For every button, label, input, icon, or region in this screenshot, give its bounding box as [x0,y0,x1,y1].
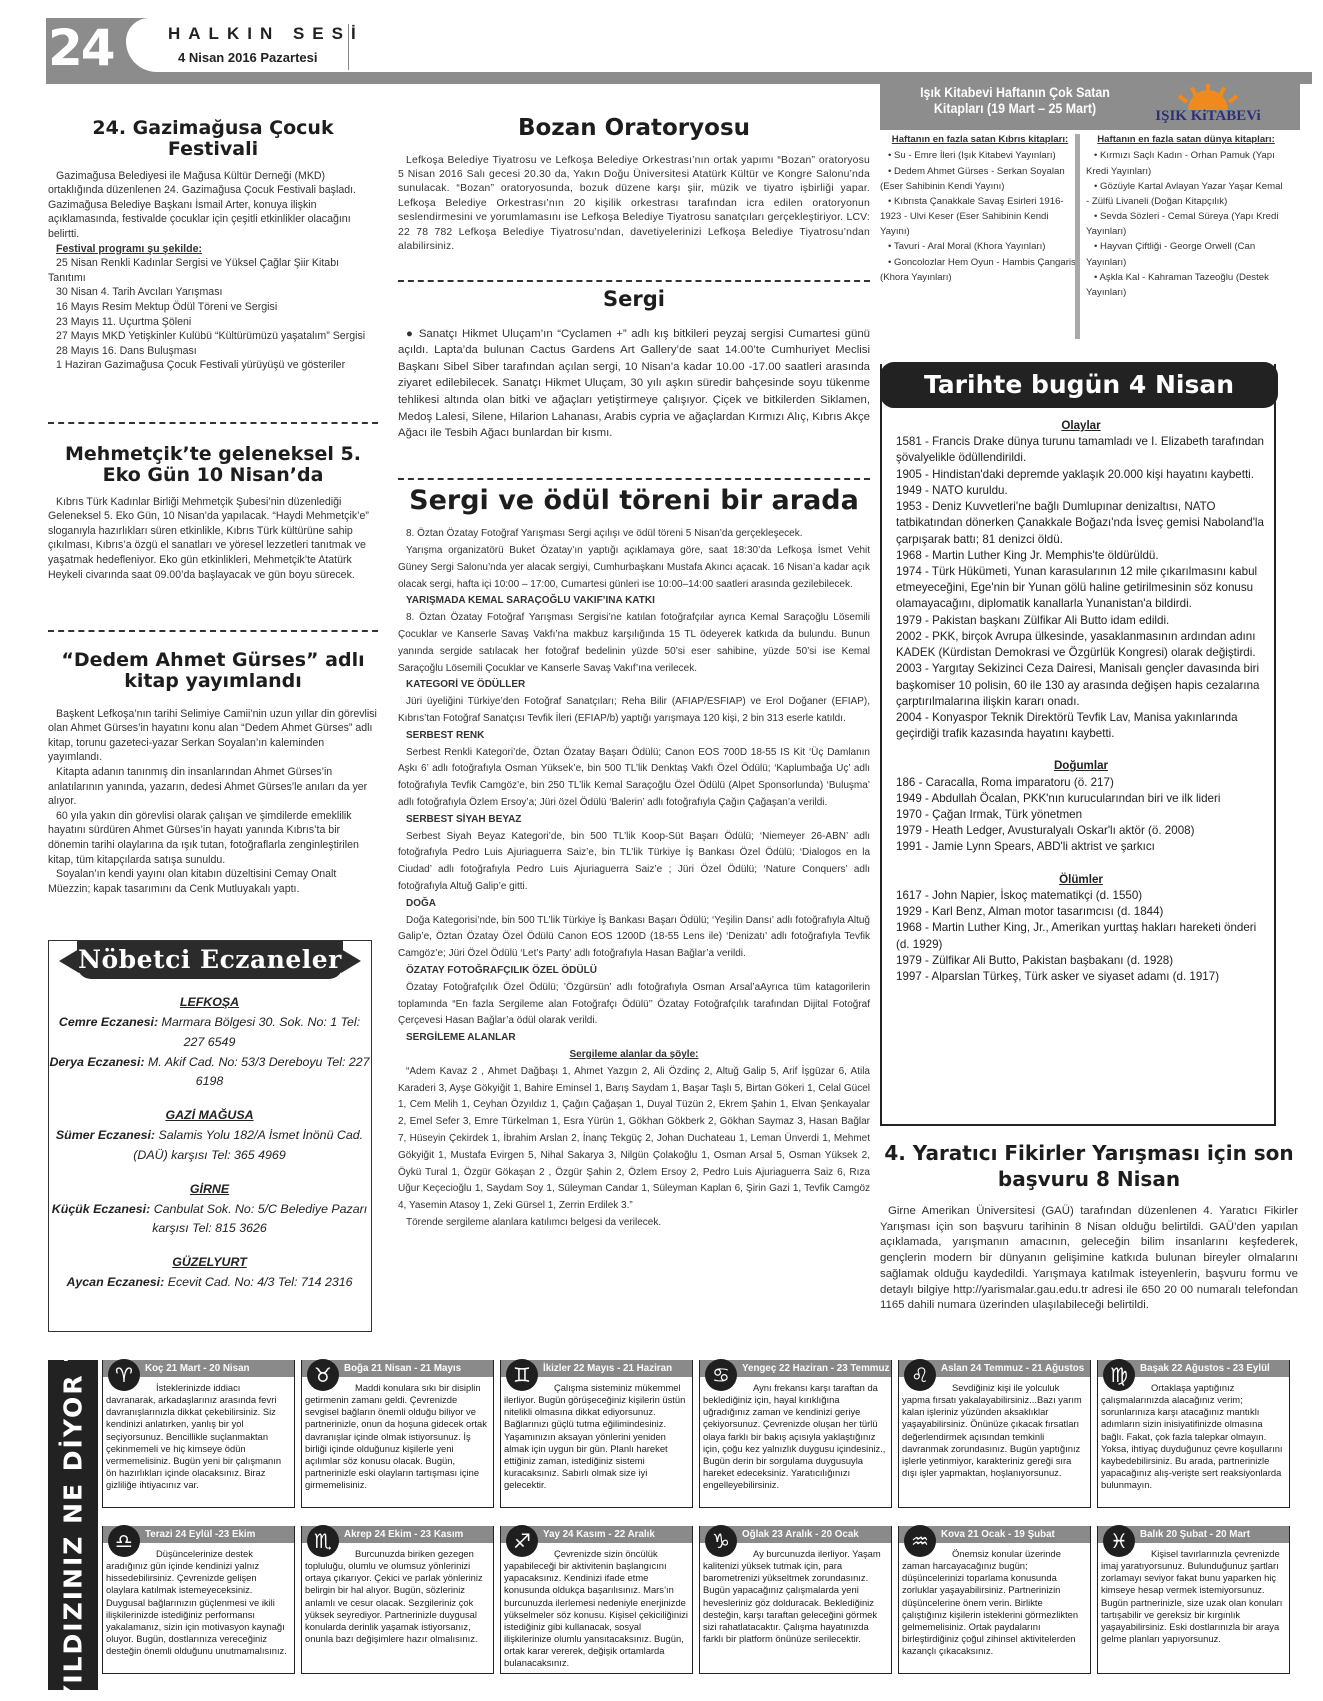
history-event: 2003 - Yargıtay Sekizinci Ceza Dairesi, … [896,661,1266,710]
history-event: 1974 - Türk Hükümeti, Yunan karasularını… [896,564,1266,613]
horoscope-card: Oğlak 23 Aralık - 20 Ocak♑Ay burcunuzda … [699,1526,892,1674]
odul-body: 8. Öztan Özatay Fotoğraf Yarışması Sergi… [398,526,870,1231]
history-event: 1968 - Martin Luther King Jr. Memphis'te… [896,548,1266,564]
history-event: 1905 - Hindistan'daki depremde yaklaşık … [896,467,1266,483]
bestseller-box: Işık Kitabevi Haftanın Çok Satan Kitapla… [880,82,1300,344]
odul-paragraph: Doğa Kategorisi’nde, bin 500 TL’lik Türk… [398,913,870,963]
births-title: Doğumlar [896,758,1266,774]
history-event: 1581 - Francis Drake dünya turunu tamaml… [896,434,1266,466]
pharmacy-region: GİRNE [49,1180,370,1200]
masthead-divider [348,24,349,70]
pharmacy-address: Canbulat Sok. No: 5/C Belediye Pazarı ka… [152,1202,367,1236]
odul-headline: Sergi ve ödül töreni bir arada [398,486,870,516]
book-item: Gözüyle Kartal Avlayan Yazar Yaşar Kemal… [1086,179,1286,209]
pharmacy-entry: Derya Eczanesi: M. Akif Cad. No: 53/3 De… [49,1053,370,1093]
program-item: 23 Mayıs 11. Uçurtma Şöleni [48,315,378,330]
dunya-books-title: Haftanın en fazla satan dünya kitapları: [1086,134,1286,146]
history-event: 2004 - Konyaspor Teknik Direktörü Tevfik… [896,710,1266,742]
page-number: 24 [48,20,114,76]
dunya-books: Haftanın en fazla satan dünya kitapları:… [1086,134,1286,300]
gau-paragraph: Girne Amerikan Üniversitesi (GAÜ) tarafı… [880,1204,1298,1314]
bestseller-title: Işık Kitabevi Haftanın Çok Satan Kitapla… [900,85,1130,117]
dedem-body: Başkent Lefkoşa’nın tarihi Selimiye Cami… [48,707,378,897]
odul-paragraph: Özatay Fotoğrafçılık Özel Ödülü; ’Özgürs… [398,980,870,1030]
book-item: Sevda Sözleri - Cemal Süreya (Yapı Kredi… [1086,209,1286,239]
horoscope-card: Terazi 24 Eylül -23 Ekim♎Düşüncelerinize… [102,1526,295,1674]
pharmacy-region: LEFKOŞA [49,993,370,1013]
pharmacy-entry: Aycan Eczanesi: Ecevit Cad. No: 4/3 Tel:… [49,1273,370,1293]
bookstore-logo-text: IŞIK KiTABEVi [1148,108,1268,125]
column-divider [1075,134,1080,339]
pharmacy-address: Ecevit Cad. No: 4/3 Tel: 714 2316 [168,1275,353,1289]
history-death: 1979 - Zülfikar Ali Butto, Pakistan başb… [896,953,1266,969]
horoscope-text: Ay burcunuzda ilerliyor. Yaşam kaliteniz… [703,1548,889,1645]
dedem-paragraph: Soyalan’ın kendi yayını olan kitabın düz… [48,867,378,896]
odul-subheading: ÖZATAY FOTOĞRAFÇILIK ÖZEL ÖDÜLÜ [398,963,870,980]
sergi-headline: Sergi [398,288,870,312]
pharmacy-name: Sümer Eczanesi: [56,1128,155,1142]
pharmacy-banner: Nöbetci Eczaneler [55,941,365,981]
horoscope-text: Maddi konulara sıkı bir disiplin getirme… [305,1382,491,1491]
article-dedem: “Dedem Ahmet Gürses” adlı kitap yayımlan… [48,650,378,896]
odul-subheading: YARIŞMADA KEMAL SARAÇOĞLU VAKIF’INA KATK… [398,593,870,610]
odul-paragraph: 8. Öztan Özatay Fotoğraf Yarışması Sergi… [398,610,870,677]
odul-subheading: KATEGORİ VE ÖDÜLLER [398,677,870,694]
pharmacy-name: Küçük Eczanesi: [52,1202,150,1216]
book-item: Su - Emre İleri (Işık Kitabevi Yayınları… [880,148,1080,163]
odul-paragraph: Serbest Renkli Kategori’de, Öztan Özatay… [398,745,870,812]
masthead: 24 HALKIN SESİ 4 Nisan 2016 Pazartesi [46,18,1312,86]
history-birth: 1949 - Abdullah Öcalan, PKK'nın kurucula… [896,791,1266,807]
history-birth: 1991 - Jamie Lynn Spears, ABD'li aktrist… [896,839,1266,855]
sergi-body: ● Sanatçı Hikmet Uluçam’ın “Cyclamen +” … [398,326,870,442]
horoscope-card: Akrep 24 Ekim - 23 Kasım♏Burcunuzda biri… [301,1526,494,1674]
article-sergi: Sergi ● Sanatçı Hikmet Uluçam’ın “Cyclam… [398,288,870,442]
program-item: 1 Haziran Gazimağusa Çocuk Festivali yür… [48,358,378,373]
deaths-title: Ölümler [896,872,1266,888]
gau-headline: 4. Yaratıcı Fikirler Yarışması için son … [880,1140,1298,1192]
article-bozan: Bozan Oratoryosu Lefkoşa Belediye Tiyatr… [398,116,870,254]
festival-headline: 24. Gazimağusa Çocuk Festivali [48,118,378,161]
book-item: Dedem Ahmet Gürses - Serkan Soyalan (Ese… [880,164,1080,194]
pharmacy-region: GÜZELYURT [49,1253,370,1273]
pharmacy-name: Cemre Eczanesi: [59,1015,158,1029]
article-festival: 24. Gazimağusa Çocuk Festivali Gazimağus… [48,118,378,373]
article-odul: Sergi ve ödül töreni bir arada 8. Öztan … [398,486,870,1232]
bookstore-logo: IŞIK KiTABEVi [1148,84,1268,128]
divider [48,630,378,632]
dedem-headline: “Dedem Ahmet Gürses” adlı kitap yayımlan… [48,650,378,693]
divider [48,422,378,424]
horoscope-card: Başak 22 Ağustos - 23 Eylül♍Ortaklaşa ya… [1097,1360,1290,1508]
odul-subheading: SERBEST SİYAH BEYAZ [398,812,870,829]
festival-body: Gazimağusa Belediyesi ile Mağusa Kültür … [48,169,378,374]
pharmacy-box: Nöbetci Eczaneler LEFKOŞA Cemre Eczanesi… [48,940,372,1332]
history-header: Tarihte bugün 4 Nisan [880,362,1278,408]
ekogun-headline: Mehmetçik’te geleneksel 5. Eko Gün 10 Ni… [48,444,378,487]
bestseller-header: Işık Kitabevi Haftanın Çok Satan Kitapla… [880,82,1300,130]
festival-program-title: Festival programı şu şekilde: [48,242,378,257]
history-body: Olaylar 1581 - Francis Drake dünya turun… [896,418,1266,985]
pharmacy-address: M. Akif Cad. No: 53/3 Dereboyu Tel: 227 … [148,1055,370,1089]
horoscope-card: Balık 20 Şubat - 20 Mart♓Kişisel tavırla… [1097,1526,1290,1674]
horoscope-section: YILDIZINIZ NE DİYOR ? Koç 21 Mart - 20 N… [48,1360,1300,1690]
horoscope-text: Aynı frekansı karşı taraftan da beklediğ… [703,1382,889,1491]
odul-subheading: SERBEST RENK [398,728,870,745]
pharmacy-entry: Sümer Eczanesi: Salamis Yolu 182/A İsmet… [49,1126,370,1166]
book-item: Hayvan Çiftliği - George Orwell (Can Yay… [1086,239,1286,269]
issue-date: 4 Nisan 2016 Pazartesi [178,50,317,65]
history-event: 1949 - NATO kuruldu. [896,483,1266,499]
horoscope-title: YILDIZINIZ NE DİYOR ? [59,1346,88,1701]
divider [398,280,870,282]
pharmacy-name: Derya Eczanesi: [49,1055,144,1069]
deaths-list: 1617 - John Napier, İskoç matematikçi (d… [896,888,1266,985]
odul-paragraph: 8. Öztan Özatay Fotoğraf Yarışması Sergi… [398,526,870,543]
history-death: 1997 - Alparslan Türkeş, Türk asker ve s… [896,969,1266,985]
sergi-paragraph: ● Sanatçı Hikmet Uluçam’ın “Cyclamen +” … [398,326,870,442]
history-event: 1979 - Pakistan başkanı Zülfikar Ali But… [896,613,1266,629]
program-item: 16 Mayıs Resim Mektup Ödül Töreni ve Ser… [48,300,378,315]
history-title: Tarihte bugün 4 Nisan [880,362,1278,408]
pharmacy-address: Marmara Bölgesi 30. Sok. No: 1 Tel: 227 … [162,1015,361,1049]
kibris-books-title: Haftanın en fazla satan Kıbrıs kitapları… [880,134,1080,146]
article-ekogun: Mehmetçik’te geleneksel 5. Eko Gün 10 Ni… [48,444,378,582]
history-birth: 186 - Caracalla, Roma imparatoru (ö. 217… [896,775,1266,791]
horoscope-text: Düşüncelerinize destek aradığınız gün iç… [106,1548,292,1657]
births-list: 186 - Caracalla, Roma imparatoru (ö. 217… [896,775,1266,856]
odul-paragraph: Jüri üyeliğini Türkiye’den Fotoğraf Sana… [398,694,870,728]
history-birth: 1970 - Çağan Irmak, Türk yönetmen [896,807,1266,823]
sun-icon [1148,84,1268,110]
dedem-paragraph: 60 yıla yakın din görevlisi olarak çalış… [48,809,378,867]
pharmacy-name: Aycan Eczanesi: [66,1275,164,1289]
odul-paragraph: Serbest Siyah Beyaz Kategori’de, bin 500… [398,829,870,896]
ekogun-body: Kıbrıs Türk Kadınlar Birliği Mehmetçik Ş… [48,495,378,583]
book-item: Kıbrısta Çanakkale Savaş Esirleri 1916-1… [880,194,1080,239]
history-event: 2002 - PKK, birçok Avrupa ülkesinde, yas… [896,629,1266,661]
horoscope-text: Önemsiz konular üzerinde zaman harcayaca… [902,1548,1088,1657]
pharmacy-entry: Cemre Eczanesi: Marmara Bölgesi 30. Sok.… [49,1013,370,1053]
program-item: 28 Mayıs 16. Dans Buluşması [48,344,378,359]
gau-body: Girne Amerikan Üniversitesi (GAÜ) tarafı… [880,1204,1298,1314]
newspaper-title: HALKIN SESİ [168,24,364,44]
odul-paragraph: Yarışma organizatörü Buket Özatay’ın yap… [398,543,870,593]
odul-paragraph: Törende sergileme alanlara katılımcı bel… [398,1215,870,1232]
history-birth: 1979 - Heath Ledger, Avusturalyalı Oskar… [896,823,1266,839]
history-death: 1968 - Martin Luther King, Jr., Amerikan… [896,920,1266,952]
odul-subheading: SERGİLEME ALANLAR [398,1030,870,1047]
odul-subheading: DOĞA [398,896,870,913]
program-item: 30 Nisan 4. Tarih Avcıları Yarışması [48,285,378,300]
events-list: 1581 - Francis Drake dünya turunu tamaml… [896,434,1266,742]
history-event: 1953 - Deniz Kuvvetleri'ne bağlı Dumlupı… [896,499,1266,548]
bozan-headline: Bozan Oratoryosu [398,116,870,142]
dedem-paragraph: Başkent Lefkoşa’nın tarihi Selimiye Cami… [48,707,378,765]
history-box: Tarihte bugün 4 Nisan Olaylar 1581 - Fra… [880,364,1276,1126]
horoscope-card: Yay 24 Kasım - 22 Aralık♐Çevrenizde sizi… [500,1526,693,1674]
horoscope-text: Kişisel tavırlarınızla çevrenizde imaj y… [1101,1548,1287,1645]
horoscope-card: İkizler 22 Mayıs - 21 Haziran♊Çalışma si… [500,1360,693,1508]
book-item: Tavuri - Aral Moral (Khora Yayınları) [880,239,1080,254]
horoscope-text: Ortaklaşa yaptığınız çalışmalarınızda al… [1101,1382,1287,1491]
horoscope-text: Çevrenizde sizin öncülük yapabileceği bi… [504,1548,690,1669]
pharmacy-region: GAZİ MAĞUSA [49,1106,370,1126]
horoscope-card: Aslan 24 Temmuz - 21 Ağustos♌Sevdiğiniz … [898,1360,1091,1508]
history-death: 1929 - Karl Benz, Alman motor tasarımcıs… [896,904,1266,920]
dedem-paragraph: Kitapta adanın tanınmış din insanlarında… [48,765,378,809]
horoscope-card: Koç 21 Mart - 20 Nisan♈İsteklerinizde id… [102,1360,295,1508]
ekogun-paragraph: Kıbrıs Türk Kadınlar Birliği Mehmetçik Ş… [48,495,378,583]
horoscope-text: Burcunuzda biriken gezegen topluluğu, ol… [305,1548,491,1645]
horoscope-text: Çalışma sisteminiz mükemmel ilerliyor. B… [504,1382,690,1491]
kibris-books: Haftanın en fazla satan Kıbrıs kitapları… [880,134,1080,285]
horoscope-text: Sevdiğiniz kişi ile yolculuk yapma fırsa… [902,1382,1088,1479]
bozan-paragraph: Lefkoşa Belediye Tiyatrosu ve Lefkoşa Be… [398,154,870,255]
horoscope-card: Kova 21 Ocak - 19 Şubat♒Önemsiz konular … [898,1526,1091,1674]
odul-paragraph: “Adem Kavaz 2 , Ahmet Dağbaşı 1, Ahmet Y… [398,1064,870,1215]
horoscope-text: İsteklerinizde iddiacı davranarak, arkad… [106,1382,292,1491]
book-item: Kırmızı Saçlı Kadın - Orhan Pamuk (Yapı … [1086,148,1286,178]
events-title: Olaylar [896,418,1266,434]
history-death: 1617 - John Napier, İskoç matematikçi (d… [896,888,1266,904]
pharmacy-list: LEFKOŞA Cemre Eczanesi: Marmara Bölgesi … [49,993,370,1293]
horoscope-card: Boğa 21 Nisan - 21 Mayıs♉Maddi konulara … [301,1360,494,1508]
program-item: 27 Mayıs MKD Yetişkinler Kulübü “Kültürü… [48,329,378,344]
program-item: 25 Nisan Renkli Kadınlar Sergisi ve Yüks… [48,256,378,285]
divider [398,478,870,480]
article-gau: 4. Yaratıcı Fikirler Yarışması için son … [880,1140,1298,1314]
horoscope-card: Yengeç 22 Haziran - 23 Temmuz♋Aynı freka… [699,1360,892,1508]
festival-intro: Gazimağusa Belediyesi ile Mağusa Kültür … [48,169,378,242]
horoscope-side-banner: YILDIZINIZ NE DİYOR ? [48,1360,98,1690]
book-item: Goncolozlar Hem Oyun - Hambis Çangaris (… [880,255,1080,285]
pharmacy-address: Salamis Yolu 182/A İsmet İnönü Cad. (DAÜ… [133,1128,363,1162]
book-item: Aşkla Kal - Kahraman Tazeoğlu (Destek Ya… [1086,270,1286,300]
pharmacy-entry: Küçük Eczanesi: Canbulat Sok. No: 5/C Be… [49,1200,370,1240]
odul-center-heading: Sergileme alanlar da şöyle: [398,1047,870,1064]
pharmacy-title: Nöbetci Eczaneler [55,941,365,979]
bozan-body: Lefkoşa Belediye Tiyatrosu ve Lefkoşa Be… [398,154,870,255]
